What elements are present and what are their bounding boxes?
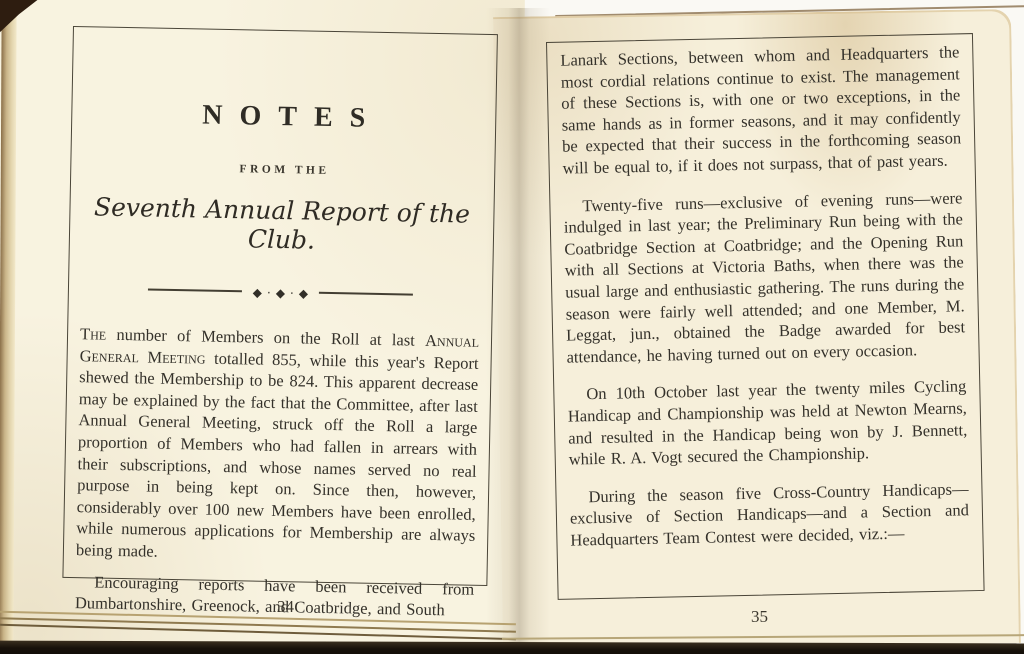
paragraph-membership: The number of Members on the Roll at las… — [76, 323, 479, 568]
divider-ornament: ◆·◆·◆ — [81, 282, 480, 302]
left-page: NOTES FROM THE Seventh Annual Report of … — [62, 26, 498, 586]
report-heading: Seventh Annual Report of the Club. — [82, 192, 482, 258]
divider-rule-left — [148, 289, 242, 292]
paragraph-handicap: On 10th October last year the twenty mil… — [567, 376, 968, 471]
right-page: Lanark Sections, between whom and Headqu… — [546, 33, 985, 600]
paragraph-lanark: Lanark Sections, between whom and Headqu… — [560, 41, 962, 179]
kicker-from-the: FROM THE — [83, 160, 482, 180]
paragraph-runs: Twenty-five runs—exclusive of evening ru… — [563, 187, 966, 368]
book-scan: NOTES FROM THE Seventh Annual Report of … — [0, 0, 1024, 654]
divider-rule-right — [319, 292, 413, 295]
page-number-left: 34 — [73, 597, 498, 617]
book-bottom-edge — [0, 641, 1024, 654]
diamond-ornament-icon: ◆·◆·◆ — [253, 286, 314, 301]
lead-smallcaps: The — [80, 324, 106, 343]
page-title: NOTES — [84, 97, 484, 137]
page-number-right: 35 — [546, 607, 973, 627]
notes-title-text: NOTES — [202, 100, 382, 134]
paragraph-season: During the season five Cross-Country Han… — [569, 478, 969, 551]
